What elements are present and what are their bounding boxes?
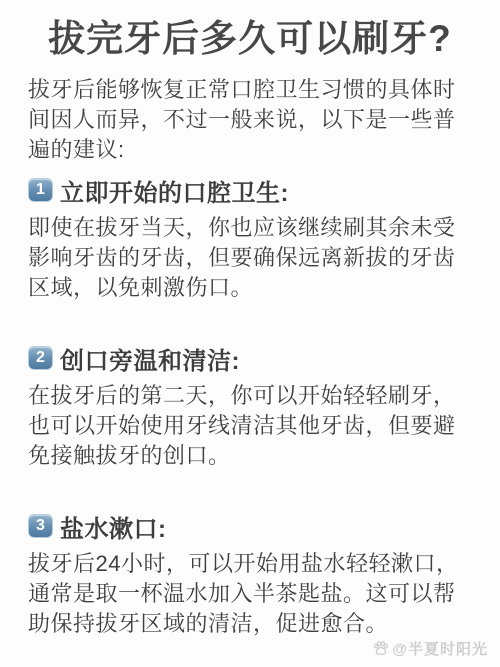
watermark-handle: @半夏时阳光 <box>392 638 488 659</box>
section-body: 在拔牙后的第二天，你可以开始轻轻刷牙，也可以开始使用牙线清洁其他牙齿，但要避免接… <box>28 381 472 471</box>
keycap-2-icon: 2 <box>28 346 53 370</box>
section-heading: 创口旁温和清洁: <box>60 341 240 376</box>
section-heading-row: 3 盐水漱口: <box>28 509 472 544</box>
section-body: 即使在拔牙当天，你也应该继续刷其余未受影响牙齿的牙齿，但要确保远离新拔的牙齿区域… <box>28 213 472 303</box>
paw-icon <box>373 641 389 656</box>
section-saltwater-rinse: 3 盐水漱口: 拔牙后24小时，可以开始用盐水轻轻漱口，通常是取一杯温水加入半茶… <box>28 509 472 639</box>
section-heading-row: 2 创口旁温和清洁: <box>28 341 472 376</box>
section-heading-row: 1 立即开始的口腔卫生: <box>28 173 472 208</box>
section-gentle-cleaning-near-wound: 2 创口旁温和清洁: 在拔牙后的第二天，你可以开始轻轻刷牙，也可以开始使用牙线清… <box>28 341 472 471</box>
intro-paragraph: 拔牙后能够恢复正常口腔卫生习惯的具体时间因人而异，不过一般来说，以下是一些普遍的… <box>28 75 472 165</box>
section-heading: 盐水漱口: <box>60 509 167 544</box>
section-body: 拔牙后24小时，可以开始用盐水轻轻漱口，通常是取一杯温水加入半茶匙盐。这可以帮助… <box>28 549 472 639</box>
section-immediate-oral-hygiene: 1 立即开始的口腔卫生: 即使在拔牙当天，你也应该继续刷其余未受影响牙齿的牙齿，… <box>28 173 472 303</box>
health-tip-card: 拔完牙后多久可以刷牙? 拔牙后能够恢复正常口腔卫生习惯的具体时间因人而异，不过一… <box>0 0 500 667</box>
keycap-1-icon: 1 <box>28 178 53 202</box>
section-heading: 立即开始的口腔卫生: <box>60 173 289 208</box>
page-title: 拔完牙后多久可以刷牙? <box>28 18 472 61</box>
keycap-3-icon: 3 <box>28 514 53 538</box>
watermark: @半夏时阳光 <box>373 638 488 659</box>
